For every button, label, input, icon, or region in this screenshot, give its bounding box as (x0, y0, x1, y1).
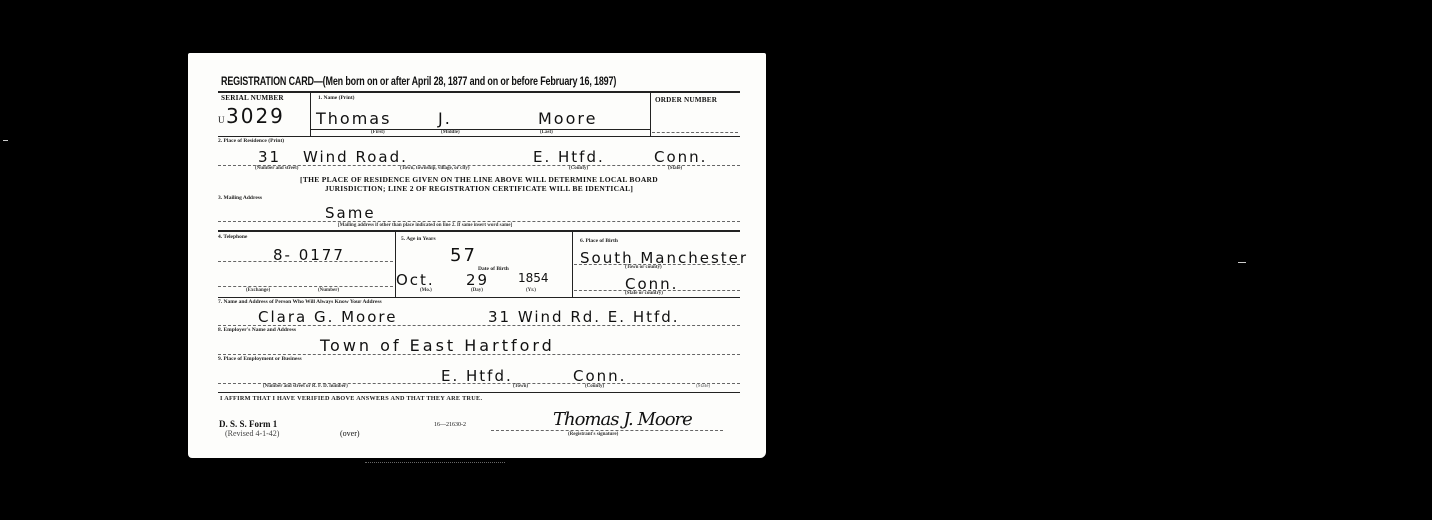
affirmation-text: I Affirm That I Have Verified Above Answ… (220, 395, 482, 402)
divider (218, 297, 740, 298)
registration-card: REGISTRATION CARD—(Men born on or after … (188, 53, 766, 458)
age-value: 57 (450, 245, 477, 266)
card-title: REGISTRATION CARD—(Men born on or after … (221, 76, 616, 88)
scan-artifact (365, 462, 505, 463)
employment-county-caption: (County) (585, 384, 604, 389)
divider (310, 129, 650, 130)
order-number-label: ORDER NUMBER (655, 96, 717, 104)
divider (218, 392, 740, 393)
birthplace-town-caption: (Town or county) (625, 265, 662, 270)
dob-day: 29 (466, 271, 489, 289)
residence-state-caption: (State) (668, 166, 682, 171)
name-middle-caption: (Middle) (441, 130, 460, 135)
mailing-label: 3. Mailing Address (218, 195, 262, 201)
divider (218, 230, 740, 232)
contact-label: 7. Name and Address of Person Who Will A… (218, 299, 382, 305)
residence-county: E. Htfd. (533, 148, 605, 166)
telephone-number-caption: (Number) (318, 288, 339, 293)
residence-label: 2. Place of Residence (Print) (218, 138, 284, 144)
employment-street-caption: (Number and street or R. F. D. number) (263, 384, 348, 389)
employment-town-caption: (Town) (513, 384, 528, 389)
telephone-label: 4. Telephone (218, 234, 247, 240)
name-first-caption: (First) (371, 130, 385, 135)
employment-place-label: 9. Place of Employment or Business (218, 356, 302, 362)
telephone-line2 (218, 286, 393, 287)
residence-note-line1: [THE PLACE OF RESIDENCE GIVEN ON THE LIN… (218, 175, 740, 184)
residence-street-caption: (Number and street) (255, 166, 298, 171)
contact-address: 31 Wind Rd. E. Htfd. (488, 308, 680, 326)
residence-note-line2: JURISDICTION; LINE 2 OF REGISTRATION CER… (218, 184, 740, 193)
order-number-line (652, 132, 738, 133)
name-last: Moore (538, 109, 597, 128)
registrant-signature: Thomas J. Moore (553, 409, 692, 430)
dob-day-caption: (Day) (471, 288, 483, 293)
form-over: (over) (340, 429, 360, 438)
contact-line (218, 325, 740, 326)
name-middle: J. (438, 109, 452, 128)
mailing-caption: [Mailing address if other than place ind… (338, 223, 512, 228)
employment-state-caption: (State) (696, 384, 710, 389)
mailing-line (218, 221, 740, 222)
birthplace-state-caption: (State or country) (625, 291, 663, 296)
residence-county-caption: (County) (569, 166, 588, 171)
employer-label: 8. Employer's Name and Address (218, 327, 296, 333)
birthplace-label: 6. Place of Birth (580, 238, 618, 244)
employer-value: Town of East Hartford (320, 336, 555, 355)
scan-speck (3, 140, 8, 141)
mailing-value: Same (325, 204, 376, 222)
residence-state: Conn. (654, 148, 707, 166)
form-revised: (Revised 4-1-42) (225, 429, 279, 438)
dob-year-caption: (Yr.) (526, 288, 536, 293)
telephone-exchange-caption: (Exchange) (246, 288, 270, 293)
dob-month: Oct. (396, 271, 435, 289)
name-label: 1. Name (Print) (318, 95, 355, 101)
residence-town-caption: (Town, township, village, or city) (400, 166, 470, 171)
divider (218, 91, 740, 93)
signature-line (491, 430, 723, 431)
name-last-caption: (Last) (540, 130, 553, 135)
signature-caption: (Registrant's signature) (568, 432, 618, 437)
name-first: Thomas (316, 109, 391, 128)
residence-town: Wind Road. (303, 148, 408, 166)
dob-month-caption: (Mo.) (420, 288, 432, 293)
divider (218, 136, 740, 137)
scan-speck (1238, 262, 1246, 263)
form-name: D. S. S. Form 1 (219, 419, 277, 429)
dob-year: 1854 (518, 271, 549, 285)
form-code: 16—21630-2 (434, 422, 466, 428)
contact-name: Clara G. Moore (258, 308, 397, 326)
serial-prefix: U (218, 115, 225, 125)
residence-note: [THE PLACE OF RESIDENCE GIVEN ON THE LIN… (218, 175, 740, 193)
employer-line (218, 354, 740, 355)
divider (650, 92, 651, 136)
divider (572, 231, 573, 297)
telephone-line (218, 261, 393, 262)
serial-value: 3029 (226, 104, 285, 128)
serial-label: SERIAL NUMBER (221, 94, 284, 102)
age-label: 5. Age in Years (401, 236, 436, 242)
residence-street: 31 (258, 148, 281, 166)
